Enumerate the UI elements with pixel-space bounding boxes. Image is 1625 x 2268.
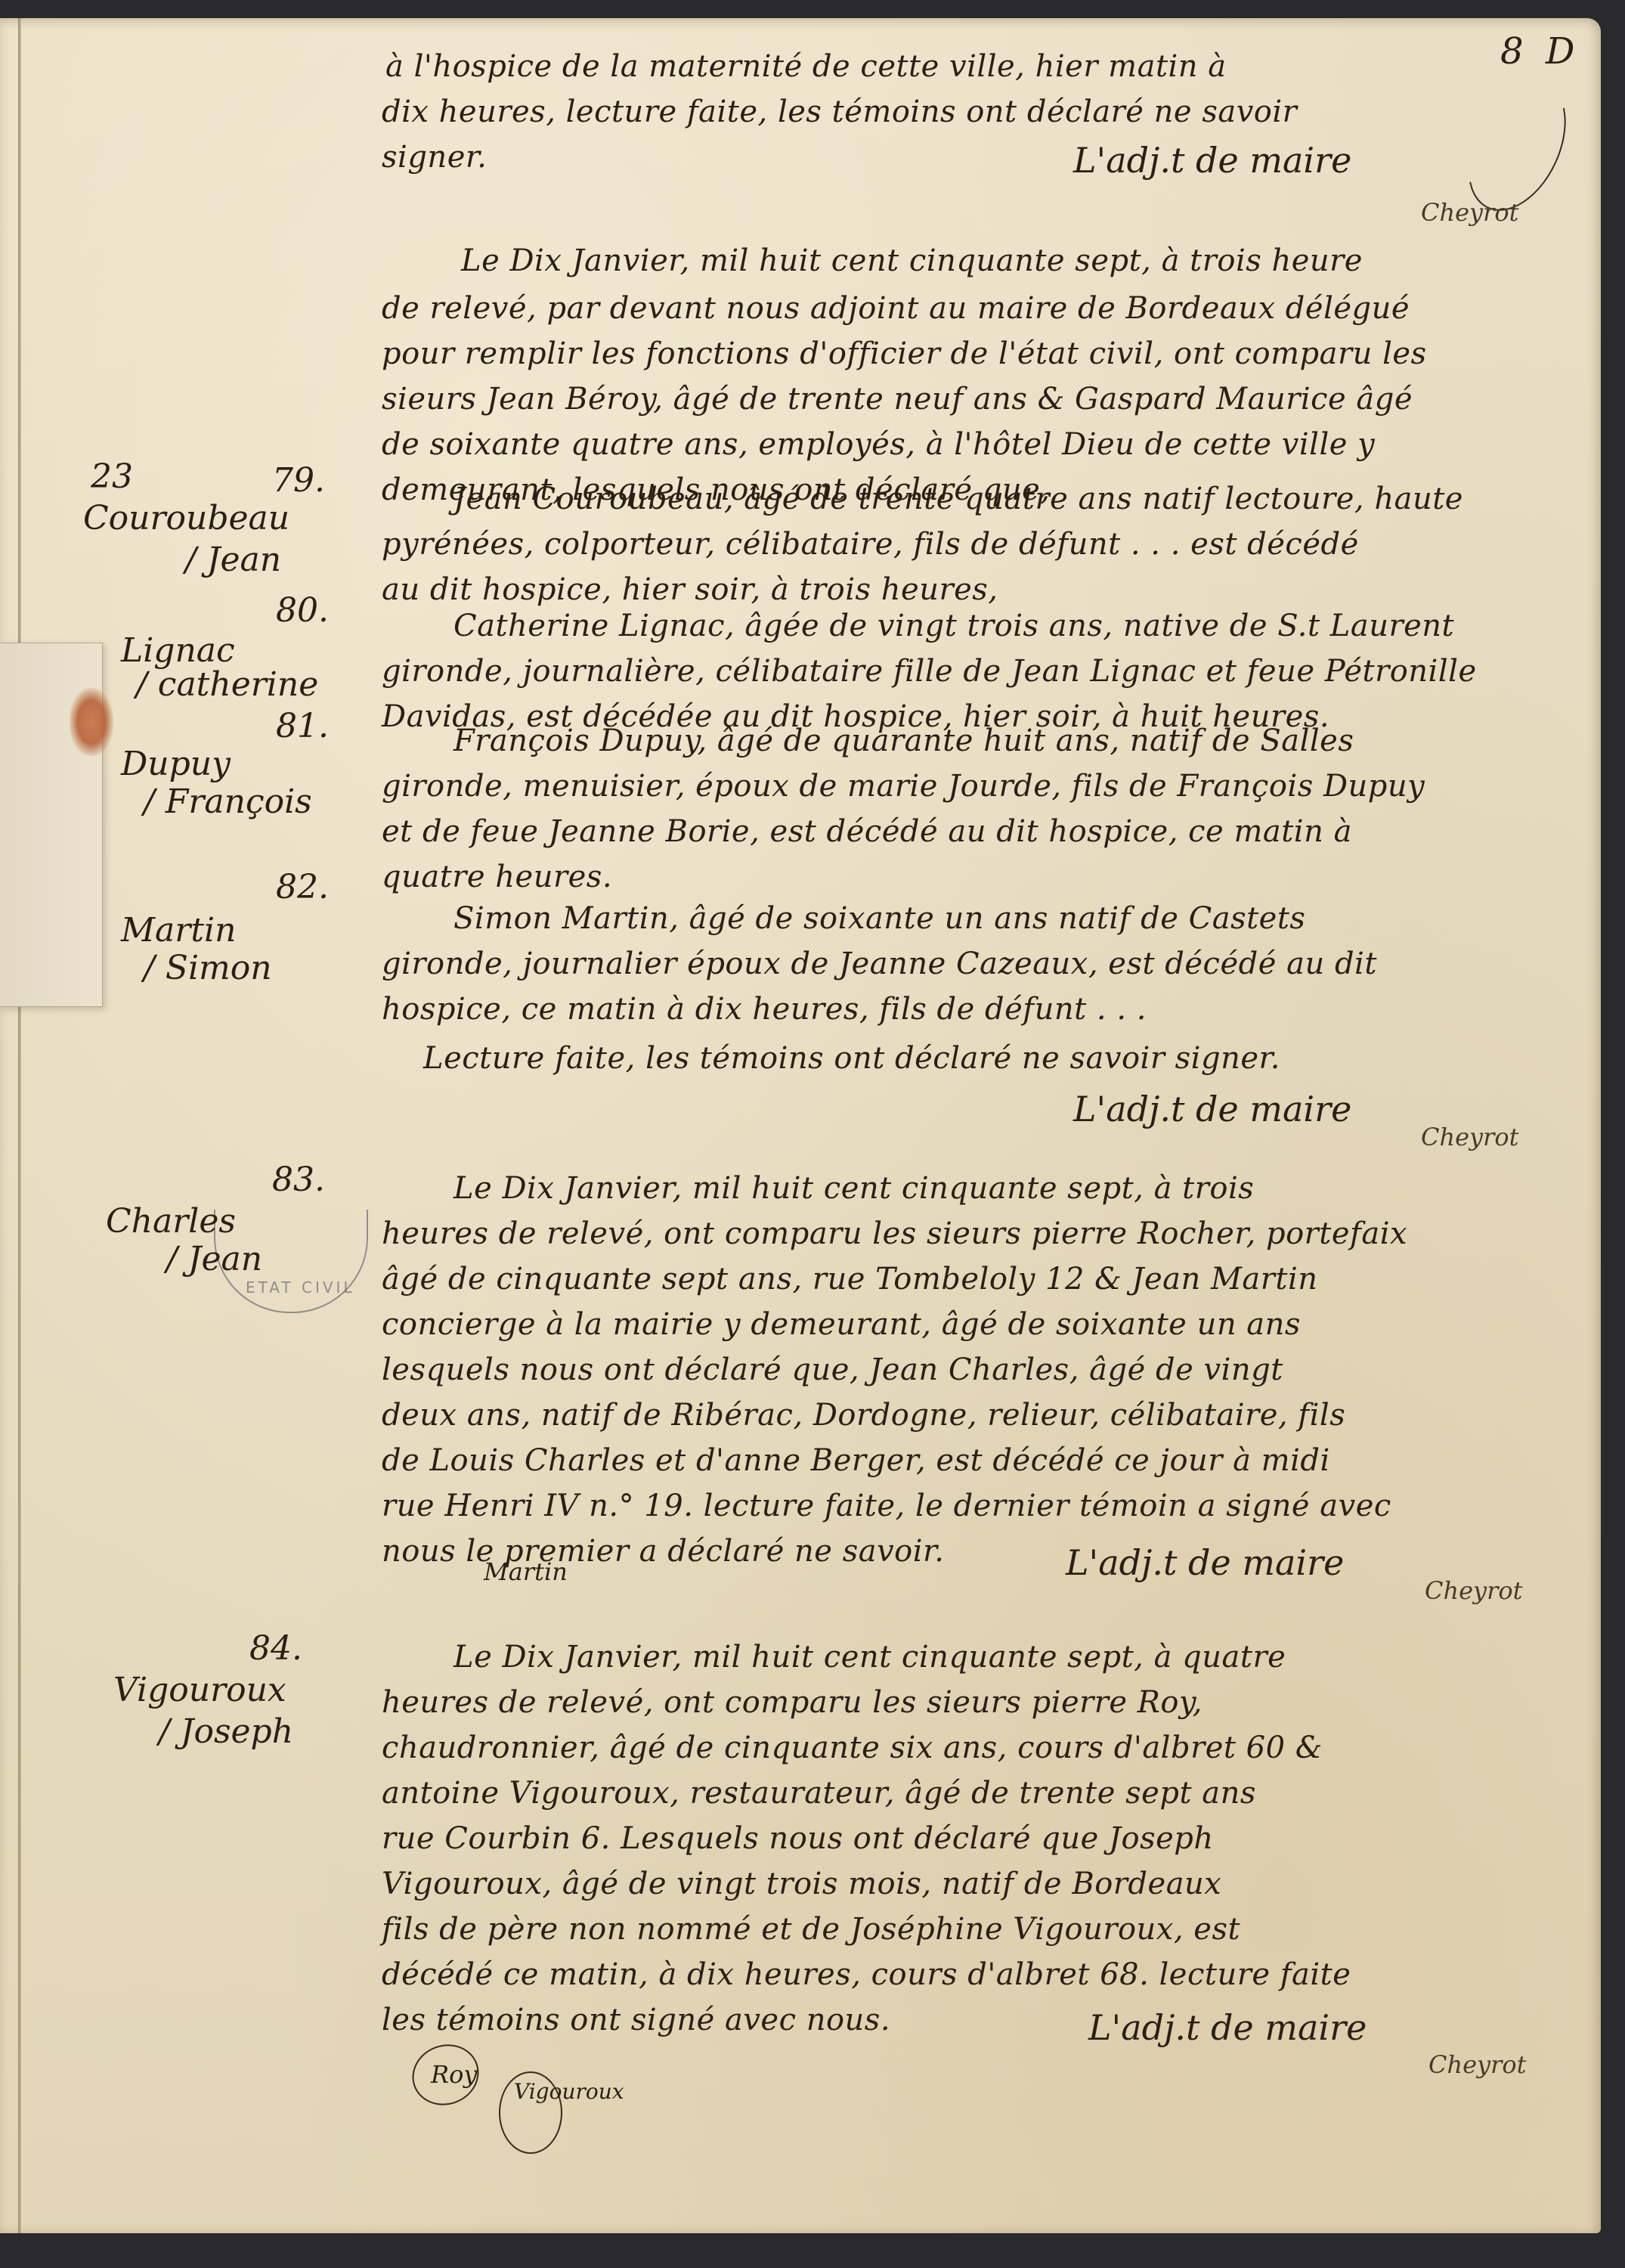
margin-forename: / catherine [136, 665, 318, 704]
margin-act-number: 82. [276, 868, 329, 906]
entry-line: de Louis Charles et d'anne Berger, est d… [382, 1445, 1330, 1476]
margin-act-number: 80. [276, 591, 329, 630]
closing-line: Lecture faite, les témoins ont déclaré n… [423, 1043, 1280, 1074]
act-intro-line: de soixante quatre ans, employés, à l'hô… [382, 429, 1375, 460]
entry-line: rue Courbin 6. Lesquels nous ont déclaré… [382, 1823, 1214, 1854]
entry-line: quatre heures. [382, 862, 612, 892]
entry-line: fils de père non nommé et de Joséphine V… [382, 1914, 1240, 1944]
adjoint-signature-title: L'adj.t de maire [1073, 140, 1351, 181]
entry-line: au dit hospice, hier soir, à trois heure… [382, 575, 998, 605]
witness-signature-roy: Roy [431, 2060, 477, 2089]
entry-line: concierge à la mairie y demeurant, âgé d… [382, 1309, 1301, 1340]
act-intro-line: pour remplir les fonctions d'officier de… [382, 339, 1427, 369]
margin-forename: / Jean [166, 1240, 262, 1278]
entry-line: hospice, ce matin à dix heures, fils de … [382, 994, 1147, 1024]
margin-forename: / Joseph [159, 1712, 293, 1751]
entry-line: âgé de cinquante sept ans, rue Tombeloly… [382, 1264, 1318, 1294]
margin-act-number: 84. [249, 1629, 302, 1668]
entry-line: chaudronnier, âgé de cinquante six ans, … [382, 1733, 1323, 1763]
entry-line: lesquels nous ont déclaré que, Jean Char… [382, 1355, 1283, 1385]
margin-surname: Couroubeau [83, 499, 289, 538]
margin-act-number: 83. [272, 1160, 325, 1199]
margin-forename: / Jean [185, 541, 281, 579]
margin-act-number: 79. [272, 461, 325, 500]
margin-surname: Lignac [121, 631, 235, 670]
continuation-line: signer. [382, 142, 487, 172]
entry-line: rue Henri IV n.° 19. lecture faite, le d… [382, 1491, 1391, 1521]
entry-line: antoine Vigouroux, restaurateur, âgé de … [382, 1778, 1256, 1808]
entry-line: gironde, journalière, célibataire fille … [382, 656, 1477, 686]
wax-seal-mark [70, 688, 113, 756]
margin-act-number: 81. [276, 707, 329, 745]
stamp-text: ETAT CIVIL [246, 1278, 355, 1297]
entry-line: Simon Martin, âgé de soixante un ans nat… [453, 903, 1305, 934]
margin-surname: Dupuy [121, 745, 231, 783]
margin-surname: Vigouroux [113, 1671, 286, 1709]
entry-line: Vigouroux, âgé de vingt trois mois, nati… [382, 1869, 1221, 1899]
binding-edge [18, 18, 21, 2233]
entry-line: décédé ce matin, à dix heures, cours d'a… [382, 1960, 1351, 1990]
entry-line: les témoins ont signé avec nous. [382, 2005, 890, 2035]
margin-surname: Martin [121, 911, 236, 950]
corner-mark-letter: D [1546, 30, 1574, 73]
entry-line: heures de relevé, ont comparu les sieurs… [382, 1219, 1407, 1249]
entry-line: et de feue Jeanne Borie, est décédé au d… [382, 816, 1352, 847]
witness-signature-vigouroux: Vigouroux [514, 2079, 624, 2104]
margin-forename: / François [144, 782, 312, 821]
adjoint-signature-title: L'adj.t de maire [1066, 1542, 1344, 1583]
entry-line: deux ans, natif de Ribérac, Dordogne, re… [382, 1400, 1345, 1430]
margin-register-number: 23 [91, 457, 133, 496]
continuation-line: dix heures, lecture faite, les témoins o… [382, 97, 1297, 127]
entry-line: Jean Couroubeau, âgé de trente quatre an… [453, 484, 1463, 514]
entry-line: gironde, journalier époux de Jeanne Caze… [382, 949, 1377, 979]
adjoint-signature-title: L'adj.t de maire [1088, 2007, 1367, 2048]
margin-surname: Charles [106, 1202, 236, 1241]
adjoint-signature-name: Cheyrot [1428, 2050, 1527, 2079]
entry-line: François Dupuy, âgé de quarante huit ans… [453, 726, 1354, 756]
witness-signature: Martin [484, 1557, 568, 1586]
entry-line: gironde, menuisier, époux de marie Jourd… [382, 771, 1425, 801]
adjoint-signature-name: Cheyrot [1421, 198, 1519, 227]
entry-line: Catherine Lignac, âgée de vingt trois an… [453, 611, 1454, 641]
act-intro-line: Le Dix Janvier, mil huit cent cinquante … [461, 246, 1363, 276]
adjoint-signature-name: Cheyrot [1421, 1123, 1519, 1151]
continuation-line: à l'hospice de la maternité de cette vil… [385, 51, 1227, 82]
margin-forename: / Simon [144, 949, 272, 987]
act-intro-line: sieurs Jean Béroy, âgé de trente neuf an… [382, 384, 1413, 414]
act-intro-line: de relevé, par devant nous adjoint au ma… [382, 293, 1410, 324]
entry-line: heures de relevé, ont comparu les sieurs… [382, 1687, 1202, 1718]
entry-line: Le Dix Janvier, mil huit cent cinquante … [453, 1173, 1254, 1204]
corner-mark-page-number: 8 [1500, 30, 1524, 73]
entry-line: Le Dix Janvier, mil huit cent cinquante … [453, 1642, 1286, 1672]
entry-line: pyrénées, colporteur, célibataire, fils … [382, 529, 1359, 559]
adjoint-signature-name: Cheyrot [1425, 1576, 1523, 1605]
entry-line: nous le premier a déclaré ne savoir. [382, 1536, 944, 1566]
adjoint-signature-title: L'adj.t de maire [1073, 1089, 1351, 1129]
